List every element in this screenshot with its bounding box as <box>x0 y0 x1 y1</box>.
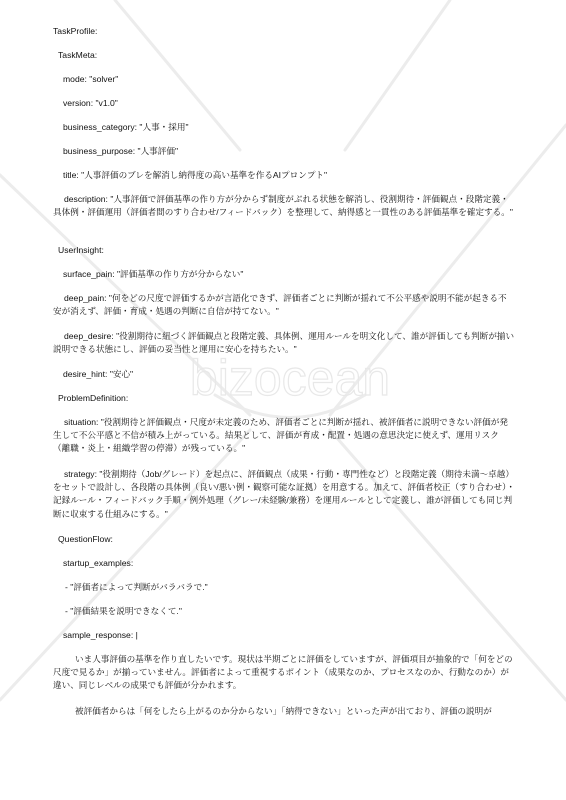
section-header-problemdefinition: ProblemDefinition: <box>53 392 128 405</box>
field-business-category: business_category: "人事・採用" <box>53 121 189 134</box>
field-strategy: strategy: "役割期待（Job/グレード）を起点に、評価観点（成果・行動… <box>53 468 515 521</box>
startup-example-item: - "評価結果を説明できなくて." <box>53 605 182 618</box>
watermark-text: bizocean <box>190 350 390 406</box>
startup-example-item: - "評価者によって判断がバラバラで." <box>53 581 208 594</box>
field-mode: mode: "solver" <box>53 73 118 86</box>
sample-response-paragraph: 被評価者からは「何をしたら上がるのか分からない」「納得できない」といった声が出て… <box>53 705 515 718</box>
field-deep-pain: deep_pain: "何をどの尺度で評価するかが言語化できず、評価者ごとに判断… <box>53 292 515 318</box>
sample-response-paragraph: いま人事評価の基準を作り直したいです。現状は半期ごとに評価をしていますが、評価項… <box>53 653 515 693</box>
field-version: version: "v1.0" <box>53 97 118 110</box>
section-header-userinsight: UserInsight: <box>53 244 104 257</box>
section-header-taskmeta: TaskMeta: <box>53 49 97 62</box>
root-key: TaskProfile: <box>53 25 97 38</box>
field-situation: situation: "役割期待と評価観点・尺度が未定義のため、評価者ごとに判断… <box>53 416 515 456</box>
field-title: title: "人事評価のブレを解消し納得度の高い基準を作るAIプロンプト" <box>53 169 327 182</box>
field-description: description: "人事評価で評価基準の作り方が分からず制度がぶれる状態… <box>53 193 515 219</box>
section-header-questionflow: QuestionFlow: <box>53 533 113 546</box>
field-deep-desire: deep_desire: "役割期待に紐づく評価観点と段階定義、具体例、運用ルー… <box>53 330 515 356</box>
field-business-purpose: business_purpose: "人事評価" <box>53 145 178 158</box>
field-surface-pain: surface_pain: "評価基準の作り方が分からない" <box>53 268 243 281</box>
field-sample-response: sample_response: | <box>53 629 138 642</box>
field-startup-examples: startup_examples: <box>53 557 133 570</box>
field-desire-hint: desire_hint: "安心" <box>53 368 133 381</box>
